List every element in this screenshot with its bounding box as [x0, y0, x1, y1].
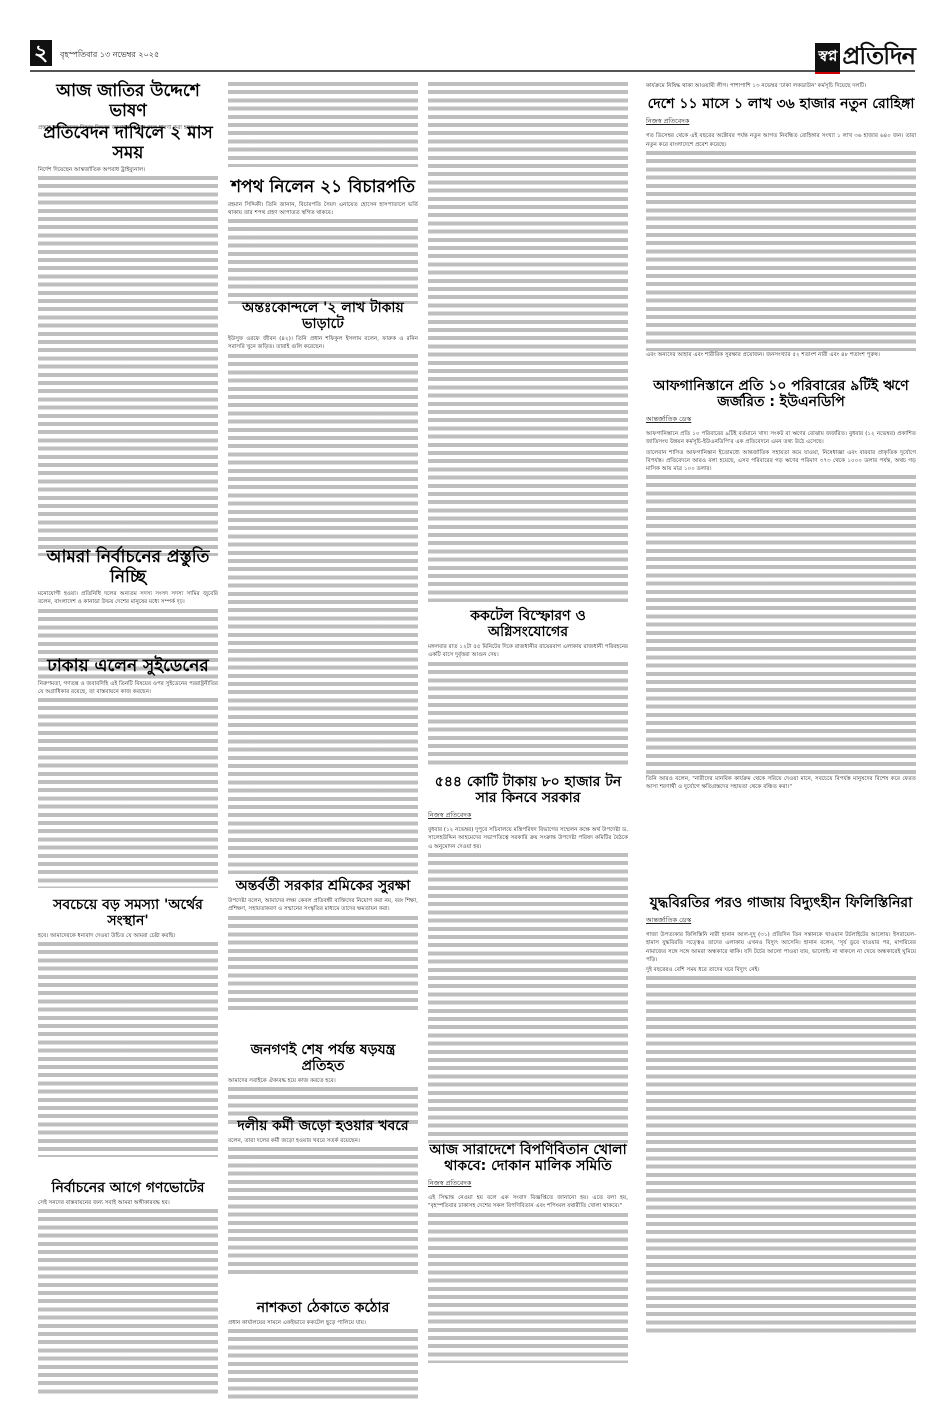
- article-body: উপদেষ্টা বলেন, আমাদের লক্ষ্য কেবল প্রতিব…: [228, 897, 418, 913]
- article-body: মঙ্গলবার রাত ১২টা ৫৫ মিনিটের দিকে রাজধান…: [428, 643, 628, 659]
- article-sabotage: নাশকতা ঠেকাতে কঠোর প্রধান কার্যালয়ের সা…: [228, 1300, 418, 1399]
- article-body-continued: [38, 176, 218, 556]
- article-funding-problem: সবচেয়ে বড় সমস্যা 'অর্থের সংস্থান' হবে।…: [38, 897, 218, 1157]
- article-body-continued: [38, 1209, 218, 1394]
- article-judges-oath: শপথ নিলেন ২১ বিচারপতি রহমান সিদ্দিকী। তি…: [228, 178, 418, 304]
- article-markets-open: আজ সারাদেশে বিপণিবিতান খোলা থাকবে: দোকান…: [428, 1142, 628, 1363]
- newspaper-logo: স্বপ্ন প্রতিদিন: [815, 38, 915, 78]
- article-body: প্রধান কার্যালয়ের সামনে একইভাবে ককটেল ছ…: [228, 1319, 418, 1327]
- article-fertilizer-purchase: ৫৪৪ কোটি টাকায় ৮০ হাজার টন সার কিনবে সর…: [428, 774, 628, 1143]
- article-body-more: দুই বছরেরও বেশি সময় ধরে তাদের ঘরে বিদ্য…: [646, 966, 916, 974]
- headline: ঢাকায় এলেন সুইডেনের: [38, 657, 218, 677]
- headline: অন্তঃকোন্দলে '২ লাখ টাকায় ভাড়াটে: [228, 300, 418, 332]
- headline: আজ জাতির উদ্দেশে ভাষণ: [38, 82, 218, 121]
- article-body: মনোযোগী হওয়া। প্রতিনিধি দলের অন্যতম সদস…: [38, 590, 218, 606]
- headline: জনগণই শেষ পর্যন্ত ষড়যন্ত্র প্রতিহত: [228, 1042, 418, 1074]
- article-body: হবে। আমাদেরকে ধন্যবাদ দেওয়া উচিত যে আমর…: [38, 932, 218, 940]
- article-body: বুধবার (১২ নভেম্বর) দুপুরে সচিবালয়ে মন্…: [428, 826, 628, 851]
- headline: নাশকতা ঠেকাতে কঠোর: [228, 1300, 418, 1316]
- headline: আজ সারাদেশে বিপণিবিতান খোলা থাকবে: দোকান…: [428, 1142, 628, 1174]
- headline: আমরা নির্বাচনের প্রস্তুতি নিচ্ছি: [38, 548, 218, 587]
- byline: নিজস্ব প্রতিবেদক: [428, 810, 628, 821]
- headline: ৫৪৪ কোটি টাকায় ৮০ হাজার টন সার কিনবে সর…: [428, 774, 628, 806]
- article-body-continued: [228, 1147, 418, 1277]
- article-worker-protection: অন্তর্বর্তী সরকার শ্রমিকের সুরক্ষা উপদেষ…: [228, 878, 418, 1011]
- article-body-continued: [228, 219, 418, 304]
- article-body: সেই সনদের বাস্তবায়নের জন্য সবাই আমরা অঙ…: [38, 1199, 218, 1207]
- article-body-continued: [228, 1329, 418, 1399]
- article-body: আমাদের সবাইকে ঐক্যবদ্ধ হয়ে কাজ করতে হবে…: [228, 1077, 418, 1085]
- article-body-continued: [646, 475, 916, 775]
- article-body: এই সিদ্ধান্ত নেওয়া হয় বলে এক সংবাদ বিজ…: [428, 1194, 628, 1210]
- article-report-deadline: প্রতিবেদন দাখিলে ২ মাস সময় নির্দেশ দিয়…: [38, 124, 218, 556]
- byline: আন্তর্জাতিক ডেস্ক: [646, 414, 916, 425]
- article-body-continued: [228, 354, 418, 874]
- article-body-continued: [428, 82, 628, 602]
- article-body: রহমান সিদ্দিকী। তিনি জানান, বিচারপতি সৈয…: [228, 201, 418, 217]
- article-body-continued: [228, 82, 418, 167]
- publication-date: বৃহস্পতিবার ১৩ নভেম্বর ২০২৫: [60, 49, 159, 62]
- article-body: নিরুপমতা, গণতন্ত্র ও জবাবদিহি এই তিনটি ব…: [38, 680, 218, 696]
- logo-text: প্রতিদিন: [842, 38, 915, 78]
- logo-box: স্বপ্ন: [815, 43, 840, 74]
- headline: যুদ্ধবিরতির পরও গাজায় বিদ্যুৎহীন ফিলিস্…: [646, 895, 916, 911]
- headline: নির্বাচনের আগে গণভোটের: [38, 1180, 218, 1196]
- article-body: আফগানিস্তানে প্রতি ১০ পরিবারের ৯টিই বর্ত…: [646, 430, 916, 446]
- article-afghanistan: আফগানিস্তানে প্রতি ১০ পরিবারের ৯টিই ঋণে …: [646, 378, 916, 792]
- headline: সবচেয়ে বড় সমস্যা 'অর্থের সংস্থান': [38, 897, 218, 929]
- article-rohingya: কার্যক্রমে নিষিদ্ধ থাকা আওয়ামী লীগ। পাশ…: [646, 82, 916, 359]
- article-internal-conflict: অন্তঃকোন্দলে '২ লাখ টাকায় ভাড়াটে ইউসুফ…: [228, 300, 418, 874]
- article-body-continued: [646, 976, 916, 1336]
- article-cocktail-blast: ককটেল বিস্ফোরণ ও অগ্নিসংযোগের মঙ্গলবার র…: [428, 608, 628, 767]
- article-party-workers: দলীয় কর্মী জড়ো হওয়ার খবরে বলেন, তারা …: [228, 1118, 418, 1277]
- article-tail: এবং অন্যদের আহার এবং শারীরিক সুরক্ষার প্…: [646, 351, 916, 359]
- article-pretext: কার্যক্রমে নিষিদ্ধ থাকা আওয়ামী লীগ। পাশ…: [646, 82, 916, 90]
- article-body-continued: [428, 853, 628, 1143]
- headline: ককটেল বিস্ফোরণ ও অগ্নিসংযোগের: [428, 608, 628, 640]
- article-continued-top: [228, 82, 418, 167]
- article-body: বলেন, তারা দলের কর্মী জড়ো হওয়ার খবরে স…: [228, 1137, 418, 1145]
- article-body-continued: [428, 1213, 628, 1363]
- byline: আন্তর্জাতিক ডেস্ক: [646, 915, 916, 926]
- article-body-continued: [428, 662, 628, 767]
- article-continued-upper: [428, 82, 628, 602]
- byline: নিজস্ব প্রতিবেদক: [428, 1178, 628, 1189]
- article-body-continued: [646, 151, 916, 351]
- article-body-more: তালেবান শাসিত আফগানিস্তান ইতোমধ্যে আন্তর…: [646, 449, 916, 474]
- masthead: ২ বৃহস্পতিবার ১৩ নভেম্বর ২০২৫ স্বপ্ন প্র…: [30, 40, 915, 72]
- page-number: ২: [30, 40, 52, 66]
- article-body-continued: [228, 916, 418, 1011]
- article-body: নির্দেশ দিয়েছেন আন্তর্জাতিক অপরাধ ট্রাই…: [38, 166, 218, 174]
- article-body-continued: [38, 698, 218, 888]
- article-quote: তিনি আরও বলেন, "নারীদের মানবিক কার্যক্রম…: [646, 775, 916, 791]
- headline: দেশে ১১ মাসে ১ লাখ ৩৬ হাজার নতুন রোহিঙ্গ…: [646, 96, 916, 112]
- headline: দলীয় কর্মী জড়ো হওয়ার খবরে: [228, 1118, 418, 1134]
- headline: আফগানিস্তানে প্রতি ১০ পরিবারের ৯টিই ঋণে …: [646, 378, 916, 410]
- headline: শপথ নিলেন ২১ বিচারপতি: [228, 178, 418, 198]
- article-sweden: ঢাকায় এলেন সুইডেনের নিরুপমতা, গণতন্ত্র …: [38, 657, 218, 888]
- headline: অন্তর্বর্তী সরকার শ্রমিকের সুরক্ষা: [228, 878, 418, 894]
- article-people-resist: জনগণই শেষ পর্যন্ত ষড়যন্ত্র প্রতিহত আমাদ…: [228, 1042, 418, 1127]
- byline: নিজস্ব প্রতিবেদক: [646, 116, 916, 127]
- article-gaza: যুদ্ধবিরতির পরও গাজায় বিদ্যুৎহীন ফিলিস্…: [646, 895, 916, 1336]
- article-body-continued: [38, 942, 218, 1157]
- article-referendum: নির্বাচনের আগে গণভোটের সেই সনদের বাস্তবা…: [38, 1180, 218, 1394]
- article-body: গাজা উপত্যকার ফিলিস্তিনি নারী হানান আল-দ…: [646, 931, 916, 964]
- article-body: ইউসুফ ওরফে জীবন (৪২)। তিনি প্রধান শফিকুল…: [228, 335, 418, 351]
- article-body: গত ডিসেম্বর থেকে এই বছরের অক্টোবর পর্যন্…: [646, 132, 916, 148]
- headline: প্রতিবেদন দাখিলে ২ মাস সময়: [38, 124, 218, 163]
